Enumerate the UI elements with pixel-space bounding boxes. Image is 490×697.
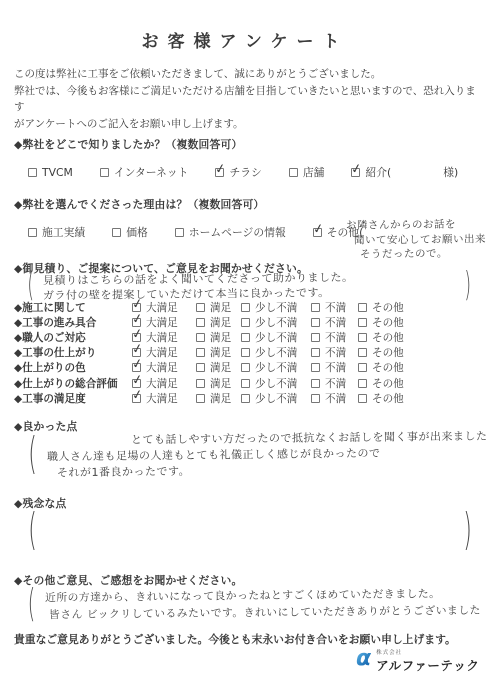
survey-document: お客様アンケート この度は弊社に工事をご依頼いただきまして、誠にありがとうござい… — [0, 0, 490, 697]
rating-option: その他 — [358, 360, 416, 375]
rating-checkbox[interactable] — [358, 379, 367, 388]
rating-checkbox[interactable] — [132, 379, 141, 388]
checkbox-price[interactable] — [112, 228, 121, 237]
rating-checkbox[interactable] — [311, 318, 320, 327]
checkbox-other[interactable] — [313, 228, 322, 237]
rating-row-progress: ◆工事の進み具合 大満足 満足 少し不満 不満 その他 — [14, 315, 476, 330]
option-label: インターネット — [114, 165, 189, 180]
rating-option-label: 不満 — [325, 330, 346, 345]
rating-row-label: ◆工事の満足度 — [14, 391, 132, 406]
rating-checkbox[interactable] — [358, 303, 367, 312]
rating-checkbox[interactable] — [358, 348, 367, 357]
ratings-table: ◆施工に関して 大満足 満足 少し不満 不満 その他 ◆工事の進み具合 大満足 … — [14, 300, 476, 406]
rating-option: 大満足 — [132, 391, 196, 406]
rating-option-label: 少し不満 — [255, 330, 297, 345]
checkbox-website[interactable] — [175, 228, 184, 237]
option-store: 店舗 — [289, 165, 325, 180]
rating-checkbox[interactable] — [311, 333, 320, 342]
rating-row-satisfaction: ◆工事の満足度 大満足 満足 少し不満 不満 その他 — [14, 391, 476, 406]
rating-option-label: 不満 — [325, 315, 346, 330]
close-paren: ) — [485, 585, 490, 621]
intro-line: この度は弊社に工事をご依頼いただきまして、誠にありがとうございました。 — [14, 66, 478, 83]
checkbox-referral[interactable] — [351, 168, 360, 177]
intro-line: 弊社では、今後もお客様にご満足いただける店舗を目指していきたいと思いますので、恐… — [14, 83, 478, 116]
rating-option: 不満 — [311, 391, 358, 406]
rating-checkbox[interactable] — [196, 303, 205, 312]
rating-option: その他 — [358, 376, 416, 391]
rating-option-label: 少し不満 — [255, 391, 297, 406]
alpha-logo-icon: α — [356, 648, 371, 670]
intro-text: この度は弊社に工事をご依頼いただきまして、誠にありがとうございました。 弊社では… — [14, 66, 478, 132]
checkbox-tvcm[interactable] — [28, 168, 37, 177]
rating-option-label: 満足 — [210, 330, 231, 345]
option-price: 価格 — [112, 225, 148, 240]
rating-checkbox[interactable] — [196, 379, 205, 388]
rating-row-label: ◆仕上がりの総合評価 — [14, 376, 132, 391]
checkbox-flyer[interactable] — [215, 168, 224, 177]
rating-option: 満足 — [196, 345, 241, 360]
rating-checkbox[interactable] — [241, 318, 250, 327]
estimate-handwritten-note: 見積りはこちらの話をよく聞いてくださって助かりました。 ガラ付の壁を提案していた… — [37, 270, 460, 301]
rating-checkbox[interactable] — [311, 303, 320, 312]
rating-row-craftsmen: ◆職人のご対応 大満足 満足 少し不満 不満 その他 — [14, 330, 476, 345]
rating-row-overall-finish: ◆仕上がりの総合評価 大満足 満足 少し不満 不満 その他 — [14, 375, 476, 390]
rating-option: 少し不満 — [241, 360, 311, 375]
handwritten-line: それが1番良かったです。 — [47, 461, 488, 482]
rating-option-label: 大満足 — [146, 345, 178, 360]
option-label: 価格 — [126, 225, 148, 240]
checkbox-track-record[interactable] — [28, 228, 37, 237]
intro-line: がアンケートへのご記入をお願い申し上げます。 — [14, 116, 478, 133]
rating-checkbox[interactable] — [241, 303, 250, 312]
checkbox-store[interactable] — [289, 168, 298, 177]
rating-option: 少し不満 — [241, 330, 311, 345]
other-comments-area[interactable]: ( 近所の方達から、きれいになって良かったねとすごくほめていただきました。 皆さ… — [24, 585, 479, 621]
rating-option: その他 — [358, 391, 416, 406]
rating-option-label: 少し不満 — [255, 300, 297, 315]
close-paren: ) — [459, 506, 476, 553]
reason-other-handwritten-note[interactable]: お隣さんからのお話を 聞いて安心してお願い出来 そうだったので。 — [346, 218, 486, 262]
rating-checkbox[interactable] — [132, 363, 141, 372]
rating-option: 少し不満 — [241, 300, 311, 315]
rating-checkbox[interactable] — [358, 394, 367, 403]
open-paren: ( — [24, 506, 41, 553]
rating-checkbox[interactable] — [311, 379, 320, 388]
footer-thanks-text: 貴重なご意見ありがとうございました。今後とも末永いお付き合いをお願い申し上げます… — [14, 632, 456, 647]
option-website: ホームページの情報 — [175, 225, 286, 240]
rating-option: 不満 — [311, 315, 358, 330]
rating-option-label: その他 — [372, 300, 404, 315]
bad-points-comment-area[interactable]: ( ) — [24, 506, 476, 553]
rating-option-label: その他 — [372, 315, 404, 330]
rating-option: その他 — [358, 345, 416, 360]
rating-checkbox[interactable] — [241, 363, 250, 372]
handwritten-line: 聞いて安心してお願い出来 — [346, 232, 486, 248]
option-label: TVCM — [42, 166, 73, 179]
company-name: アルファーテック — [376, 656, 479, 674]
option-referral-suffix: 様) — [443, 165, 458, 180]
option-label: 紹介( — [365, 165, 391, 180]
option-referral: 紹介( 様) — [351, 165, 458, 180]
handwritten-line: お隣さんからのお話を — [346, 217, 486, 233]
rating-checkbox[interactable] — [241, 394, 250, 403]
open-paren: ( — [24, 585, 39, 621]
rating-checkbox[interactable] — [358, 363, 367, 372]
rating-option-label: 少し不満 — [255, 345, 297, 360]
option-label: ホームページの情報 — [189, 225, 286, 240]
rating-checkbox[interactable] — [196, 394, 205, 403]
rating-checkbox[interactable] — [196, 348, 205, 357]
rating-option-label: 少し不満 — [255, 360, 297, 375]
rating-checkbox[interactable] — [241, 379, 250, 388]
rating-option-label: 不満 — [325, 345, 346, 360]
rating-row-construction: ◆施工に関して 大満足 満足 少し不満 不満 その他 — [14, 300, 476, 315]
rating-checkbox[interactable] — [358, 318, 367, 327]
rating-option: 満足 — [196, 391, 241, 406]
rating-option-label: 大満足 — [146, 330, 178, 345]
rating-option-label: 大満足 — [146, 315, 178, 330]
rating-option: 少し不満 — [241, 315, 311, 330]
rating-row-label: ◆施工に関して — [14, 300, 132, 315]
rating-option: その他 — [358, 315, 416, 330]
option-track-record: 施工実績 — [28, 225, 85, 240]
rating-option-label: 満足 — [210, 360, 231, 375]
option-label: チラシ — [229, 165, 261, 180]
rating-option: 満足 — [196, 300, 241, 315]
rating-option-label: 不満 — [325, 360, 346, 375]
rating-option-label: 大満足 — [146, 360, 178, 375]
rating-option-label: 不満 — [325, 376, 346, 391]
rating-option-label: その他 — [372, 391, 404, 406]
company-logo-text: 株式会社 アルファーテック — [376, 648, 479, 674]
rating-checkbox[interactable] — [196, 333, 205, 342]
rating-option: 満足 — [196, 315, 241, 330]
option-label: 店舗 — [303, 165, 325, 180]
question-source-heading: ◆弊社をどこで知りましたか？（複数回答可） — [14, 137, 242, 152]
rating-option: 少し不満 — [241, 376, 311, 391]
rating-option-label: その他 — [372, 345, 404, 360]
option-internet: インターネット — [100, 165, 189, 180]
good-points-handwritten-note: とても話しやすい方だったので抵抗なくお話しを聞く事が出来ました 職人さん達も足場… — [41, 429, 490, 479]
rating-option-label: 満足 — [210, 391, 231, 406]
page-title: お客様アンケート — [0, 27, 490, 52]
question-source-options: TVCM インターネット チラシ 店舗 紹介( 様) — [28, 165, 458, 180]
question-reason-heading: ◆弊社を選んでくださった理由は？（複数回答可） — [14, 197, 264, 212]
rating-row-label: ◆工事の進み具合 — [14, 315, 132, 330]
rating-option-label: その他 — [372, 330, 404, 345]
rating-option-label: 満足 — [210, 315, 231, 330]
rating-option: 不満 — [311, 360, 358, 375]
rating-row-color: ◆仕上がりの色 大満足 満足 少し不満 不満 その他 — [14, 360, 476, 375]
rating-row-label: ◆工事の仕上がり — [14, 345, 132, 360]
rating-option-label: その他 — [372, 376, 404, 391]
rating-checkbox[interactable] — [241, 348, 250, 357]
other-comments-handwritten-note: 近所の方達から、きれいになって良かったねとすごくほめていただきました。 皆さん … — [39, 585, 485, 621]
rating-option-label: 少し不満 — [255, 315, 297, 330]
rating-option: 少し不満 — [241, 391, 311, 406]
rating-option: 満足 — [196, 360, 241, 375]
rating-option-label: 大満足 — [146, 300, 178, 315]
handwritten-line: 皆さん ビックリしているみたいです。きれいにしていただきありがとうございました — [45, 602, 481, 624]
bad-points-empty-area — [41, 506, 459, 553]
rating-checkbox[interactable] — [311, 348, 320, 357]
rating-option: 少し不満 — [241, 345, 311, 360]
rating-row-finish: ◆工事の仕上がり 大満足 満足 少し不満 不満 その他 — [14, 345, 476, 360]
rating-option-label: 不満 — [325, 300, 346, 315]
rating-checkbox[interactable] — [358, 333, 367, 342]
rating-option-label: 大満足 — [146, 376, 178, 391]
rating-option-label: 満足 — [210, 300, 231, 315]
question-reason-options: 施工実績 価格 ホームページの情報 その他( — [28, 225, 363, 240]
rating-option: その他 — [358, 330, 416, 345]
rating-option: 不満 — [311, 345, 358, 360]
option-tvcm: TVCM — [28, 166, 73, 179]
estimate-comment-area[interactable]: ( 見積りはこちらの話をよく聞いてくださって助かりました。 ガラ付の壁を提案して… — [24, 270, 474, 301]
rating-checkbox[interactable] — [132, 394, 141, 403]
rating-option-label: 不満 — [325, 391, 346, 406]
rating-checkbox[interactable] — [196, 318, 205, 327]
rating-option-label: 少し不満 — [255, 376, 297, 391]
good-points-comment-area[interactable]: ( とても話しやすい方だったので抵抗なくお話しを聞く事が出来ました 職人さん達も… — [24, 429, 476, 479]
checkbox-internet[interactable] — [100, 168, 109, 177]
rating-checkbox[interactable] — [311, 394, 320, 403]
company-prefix: 株式会社 — [376, 648, 479, 656]
open-paren: ( — [24, 270, 37, 301]
rating-option: 不満 — [311, 330, 358, 345]
rating-option: 満足 — [196, 330, 241, 345]
handwritten-line: そうだったので。 — [346, 246, 486, 262]
rating-option: 満足 — [196, 376, 241, 391]
option-flyer: チラシ — [215, 165, 261, 180]
rating-option-label: 満足 — [210, 376, 231, 391]
rating-option: その他 — [358, 300, 416, 315]
option-label: 施工実績 — [42, 225, 85, 240]
rating-row-label: ◆職人のご対応 — [14, 330, 132, 345]
rating-option-label: 大満足 — [146, 391, 178, 406]
rating-row-label: ◆仕上がりの色 — [14, 360, 132, 375]
rating-checkbox[interactable] — [196, 363, 205, 372]
rating-checkbox[interactable] — [311, 363, 320, 372]
open-paren: ( — [24, 429, 41, 479]
rating-option-label: その他 — [372, 360, 404, 375]
close-paren: ) — [461, 270, 474, 301]
rating-checkbox[interactable] — [241, 333, 250, 342]
rating-option-label: 満足 — [210, 345, 231, 360]
rating-option: 不満 — [311, 376, 358, 391]
company-logo: α 株式会社 アルファーテック — [356, 648, 479, 674]
rating-option: 不満 — [311, 300, 358, 315]
